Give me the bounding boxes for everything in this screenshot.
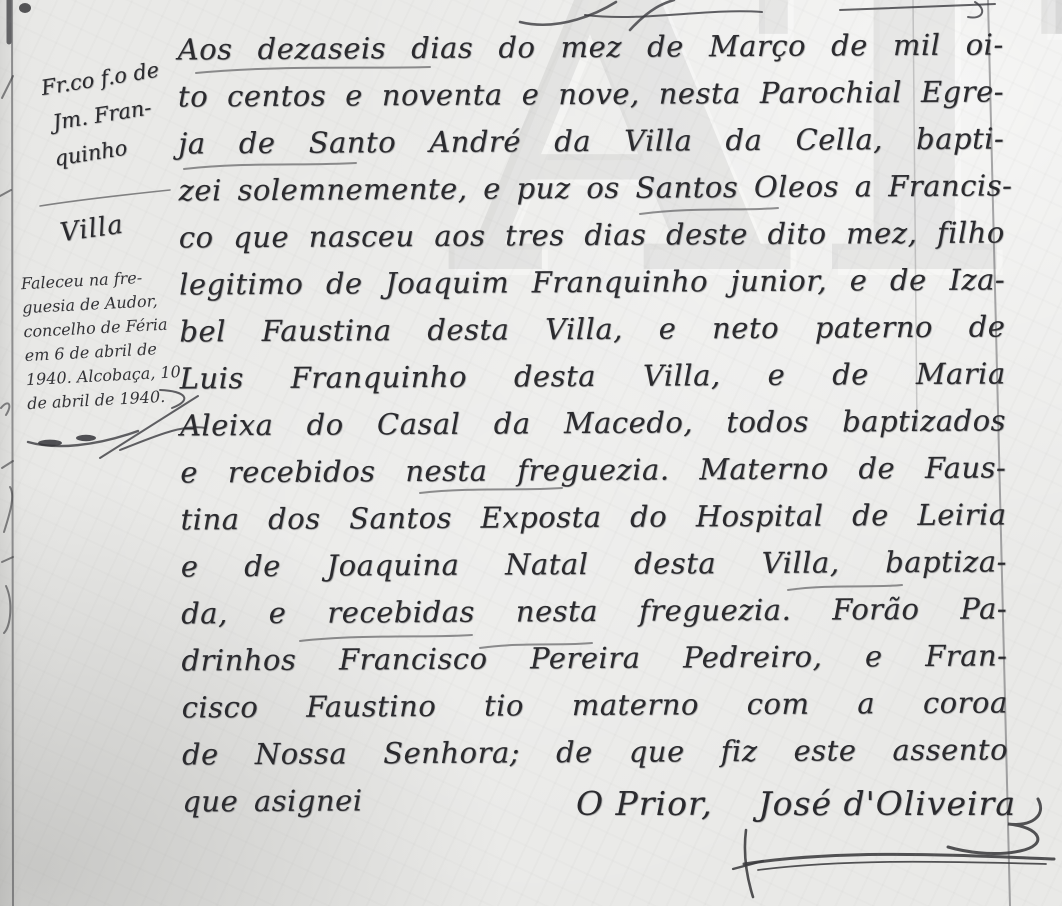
- record-line: co que nasceu aos tres dias deste dito m…: [179, 209, 1005, 261]
- record-line: ja de Santo André da Villa da Cella, bap…: [178, 115, 1004, 167]
- margin-villa-note: Villa: [58, 210, 125, 249]
- record-line: legitimo de Joaquim Franquinho junior, e…: [179, 256, 1005, 308]
- record-line: da, e recebidas nesta freguezia. Forão P…: [181, 585, 1007, 637]
- record-line: drinhos Francisco Pereira Pedreiro, e Fr…: [181, 632, 1007, 684]
- priest-signature: O Prior, José d'Oliveira: [576, 784, 1016, 824]
- record-line: e recebidos nesta freguezia. Materno de …: [180, 444, 1006, 496]
- record-line: Luis Franquinho desta Villa, e de Maria: [180, 350, 1006, 402]
- signature-title: O Prior,: [576, 784, 713, 824]
- record-line: de Nossa Senhora; de que fiz este assent…: [182, 726, 1008, 778]
- record-line: bel Faustina desta Villa, e neto paterno…: [179, 303, 1005, 355]
- record-body-text: Aos dezaseis dias do mez de Março de mil…: [178, 21, 1009, 825]
- record-line: Aleixa do Casal da Macedo, todos baptiza…: [180, 397, 1006, 449]
- record-line: to centos e noventa e nove, nesta Paroch…: [178, 68, 1004, 120]
- record-line: e de Joaquina Natal desta Villa, baptiza…: [181, 538, 1007, 590]
- signature-name: José d'Oliveira: [758, 784, 1016, 824]
- margin-death-note: Faleceu na fre- guesia de Audor, concelh…: [20, 264, 187, 416]
- left-edge-fragments: [0, 76, 13, 633]
- page-gutter-line: [9, 0, 31, 906]
- record-line: tina dos Santos Exposta do Hospital de L…: [180, 491, 1006, 543]
- name-note-underline: [40, 190, 170, 206]
- record-line: cisco Faustino tio materno com a coroa: [182, 679, 1008, 731]
- record-line: zei solemnemente, e puz os Santos Oleos …: [178, 162, 1004, 214]
- record-line: Aos dezaseis dias do mez de Março de mil…: [178, 21, 1004, 73]
- scanned-baptism-record-page: ATT: [0, 0, 1062, 906]
